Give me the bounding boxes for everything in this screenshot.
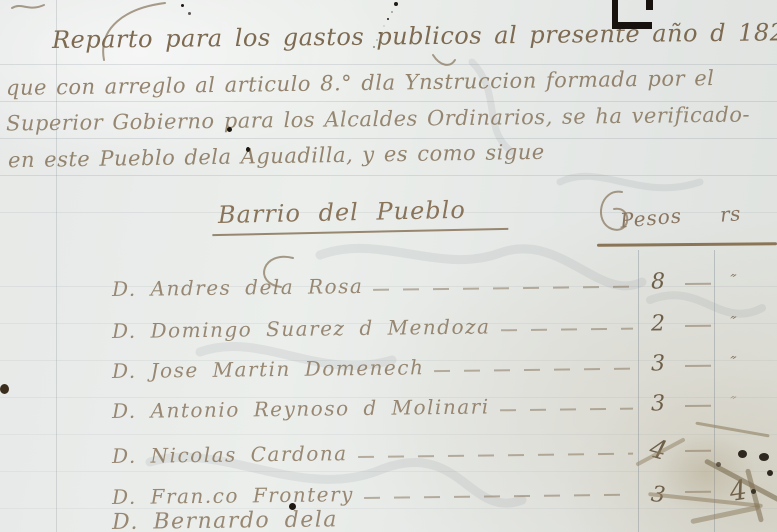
ruled-line	[0, 175, 777, 176]
ink-blot	[751, 489, 756, 494]
reales-value: ″	[720, 268, 777, 299]
dash-leader-line	[358, 453, 633, 458]
ruled-line	[0, 138, 777, 139]
black-corner-mark	[612, 0, 652, 29]
table-row: D. Antonio Reynoso d Molinari 3 ″	[112, 390, 775, 423]
taxpayer-name: D. Fran.co Frontery	[112, 482, 354, 509]
pesos-value: 2	[641, 311, 685, 337]
section-heading-barrio: Barrio del Pueblo	[212, 195, 508, 236]
taxpayer-name: D. Andres dela Rosa	[112, 274, 364, 301]
paragraph-line: que con arreglo al articulo 8.° dla Ynst…	[6, 66, 715, 100]
ink-dot	[181, 4, 184, 7]
ink-blob-left-margin	[0, 384, 9, 394]
diagonal-ink-speckles	[394, 2, 398, 6]
column-header-pesos: Pesos	[619, 203, 683, 232]
ruled-line	[0, 64, 777, 65]
title-line: Reparto para los gastos publicos al pres…	[52, 18, 777, 54]
pesos-value: 8	[641, 269, 685, 295]
manuscript-page: { "page": { "kind": "handwritten-manuscr…	[0, 0, 777, 532]
ink-dot	[188, 12, 191, 15]
dash-leader-line	[373, 286, 633, 291]
ink-blot	[767, 470, 773, 476]
table-row: D. Andres dela Rosa 8 ″	[112, 268, 775, 301]
table-row: D. Domingo Suarez d Mendoza 2 ″	[112, 310, 775, 343]
paragraph-line: en este Pueblo dela Aguadilla, y es como…	[8, 140, 545, 172]
value-dash	[685, 283, 721, 294]
ink-blot	[759, 453, 769, 461]
reales-value	[419, 525, 472, 532]
column-header-reales: rs	[719, 201, 741, 226]
dash-leader-line	[434, 368, 633, 372]
taxpayer-name: D. Domingo Suarez d Mendoza	[112, 314, 491, 343]
table-row: D. Jose Martin Domenech 3 ″	[112, 350, 775, 383]
ink-dot	[227, 127, 232, 132]
dash-leader-line	[501, 328, 633, 332]
paragraph-line: Superior Gobierno para los Alcaldes Ordi…	[6, 102, 750, 135]
value-dash	[685, 325, 721, 336]
dash-leader-line	[500, 408, 633, 412]
reales-value: ″	[720, 390, 777, 421]
taxpayer-name: D. Jose Martin Domenech	[112, 355, 425, 383]
taxpayer-name: D. Nicolas Cardona	[112, 441, 348, 468]
value-dash	[685, 365, 721, 376]
column-header-underline	[597, 242, 777, 247]
reales-value: ″	[720, 350, 777, 381]
pesos-value: 3	[641, 391, 685, 417]
dash-leader-line	[364, 494, 633, 499]
corner-squiggle-flourish	[12, 5, 44, 8]
ink-dot	[246, 147, 250, 152]
taxpayer-name: D. Antonio Reynoso d Molinari	[112, 394, 490, 423]
ruled-line	[0, 101, 777, 102]
ink-blot	[738, 450, 747, 458]
pesos-value: 3	[641, 351, 685, 377]
taxpayer-name: D. Bernardo dela	[112, 507, 338, 532]
ink-dot	[289, 503, 296, 510]
ink-blot	[716, 462, 721, 467]
value-dash	[685, 405, 721, 416]
reales-value: ″	[720, 310, 777, 341]
